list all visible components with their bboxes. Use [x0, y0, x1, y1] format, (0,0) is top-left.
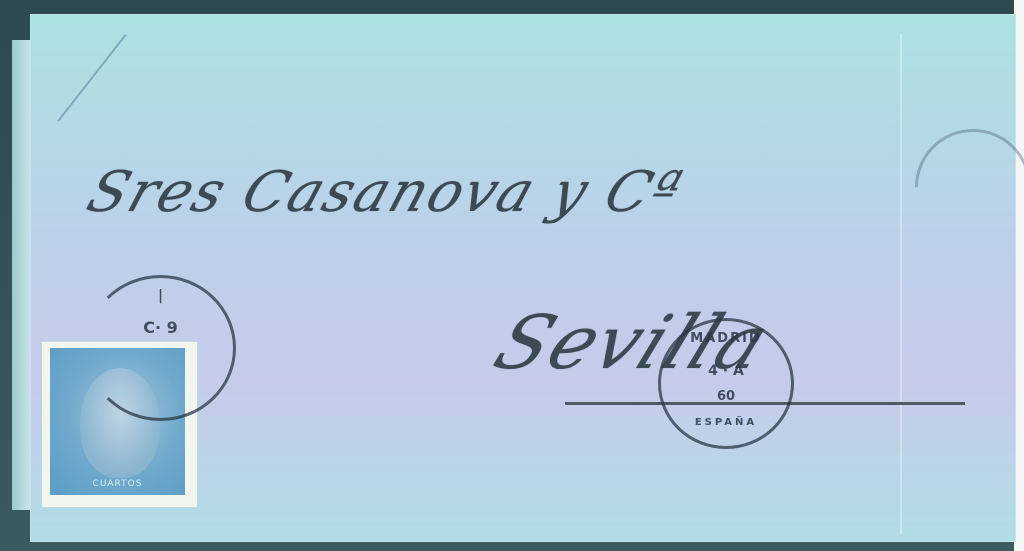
stamp-value-label: CUARTOS [50, 479, 185, 489]
postmark-top-text: MADRID [661, 331, 791, 346]
paper-crease [57, 34, 126, 122]
envelope-left-fold [12, 40, 31, 510]
postmark-bottom-text: ESPAÑA [661, 417, 791, 428]
postmark-date-text: 4 · A [661, 363, 791, 379]
stamp-cancellation-postmark: | C· 9 [85, 275, 236, 421]
postmark-top-text: | [88, 288, 233, 304]
faint-postmark [891, 105, 1024, 269]
fold-line [900, 34, 902, 534]
postmark-year-text: 60 [661, 389, 791, 404]
receiving-postmark: MADRID 4 · A 60 ESPAÑA [658, 318, 794, 449]
postmark-center-text: C· 9 [88, 318, 233, 337]
addressee-handwriting: Sres Casanova y Cª [79, 160, 691, 225]
